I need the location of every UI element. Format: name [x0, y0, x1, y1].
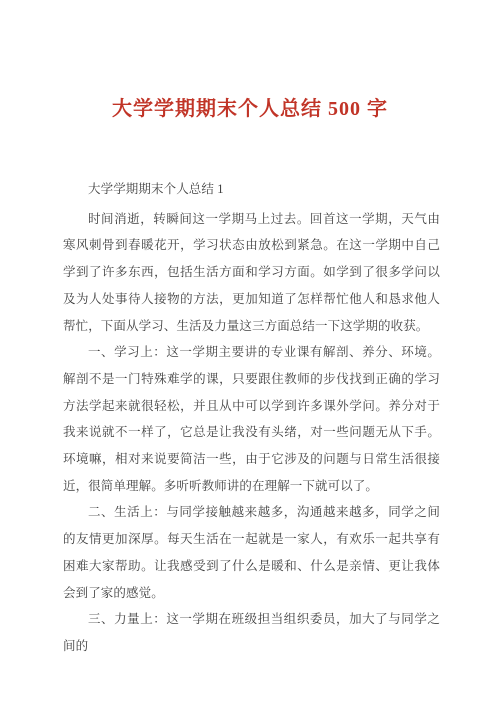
section-heading: 大学学期期末个人总结 1 [63, 176, 440, 203]
paragraph-ability: 三、力量上：这一学期在班级担当组织委员，加大了与同学之间的 [63, 606, 440, 659]
document-body: 大学学期期末个人总结 1 时间消逝，转瞬间这一学期马上过去。回首这一学期，天气由… [63, 176, 440, 660]
paragraph-intro: 时间消逝，转瞬间这一学期马上过去。回首这一学期，天气由寒风刺骨到春暖花开，学习状… [63, 206, 440, 340]
paragraph-study: 一、学习上：这一学期主要讲的专业课有解剖、养分、环境。解剖不是一门特殊难学的课，… [63, 339, 440, 499]
document-page: 大学学期期末个人总结 500 字 大学学期期末个人总结 1 时间消逝，转瞬间这一… [0, 0, 500, 707]
paragraph-life: 二、生活上：与同学接触越来越多，沟通越来越多，同学之间的友情更加深厚。每天生活在… [63, 499, 440, 606]
page-title: 大学学期期末个人总结 500 字 [30, 96, 470, 122]
